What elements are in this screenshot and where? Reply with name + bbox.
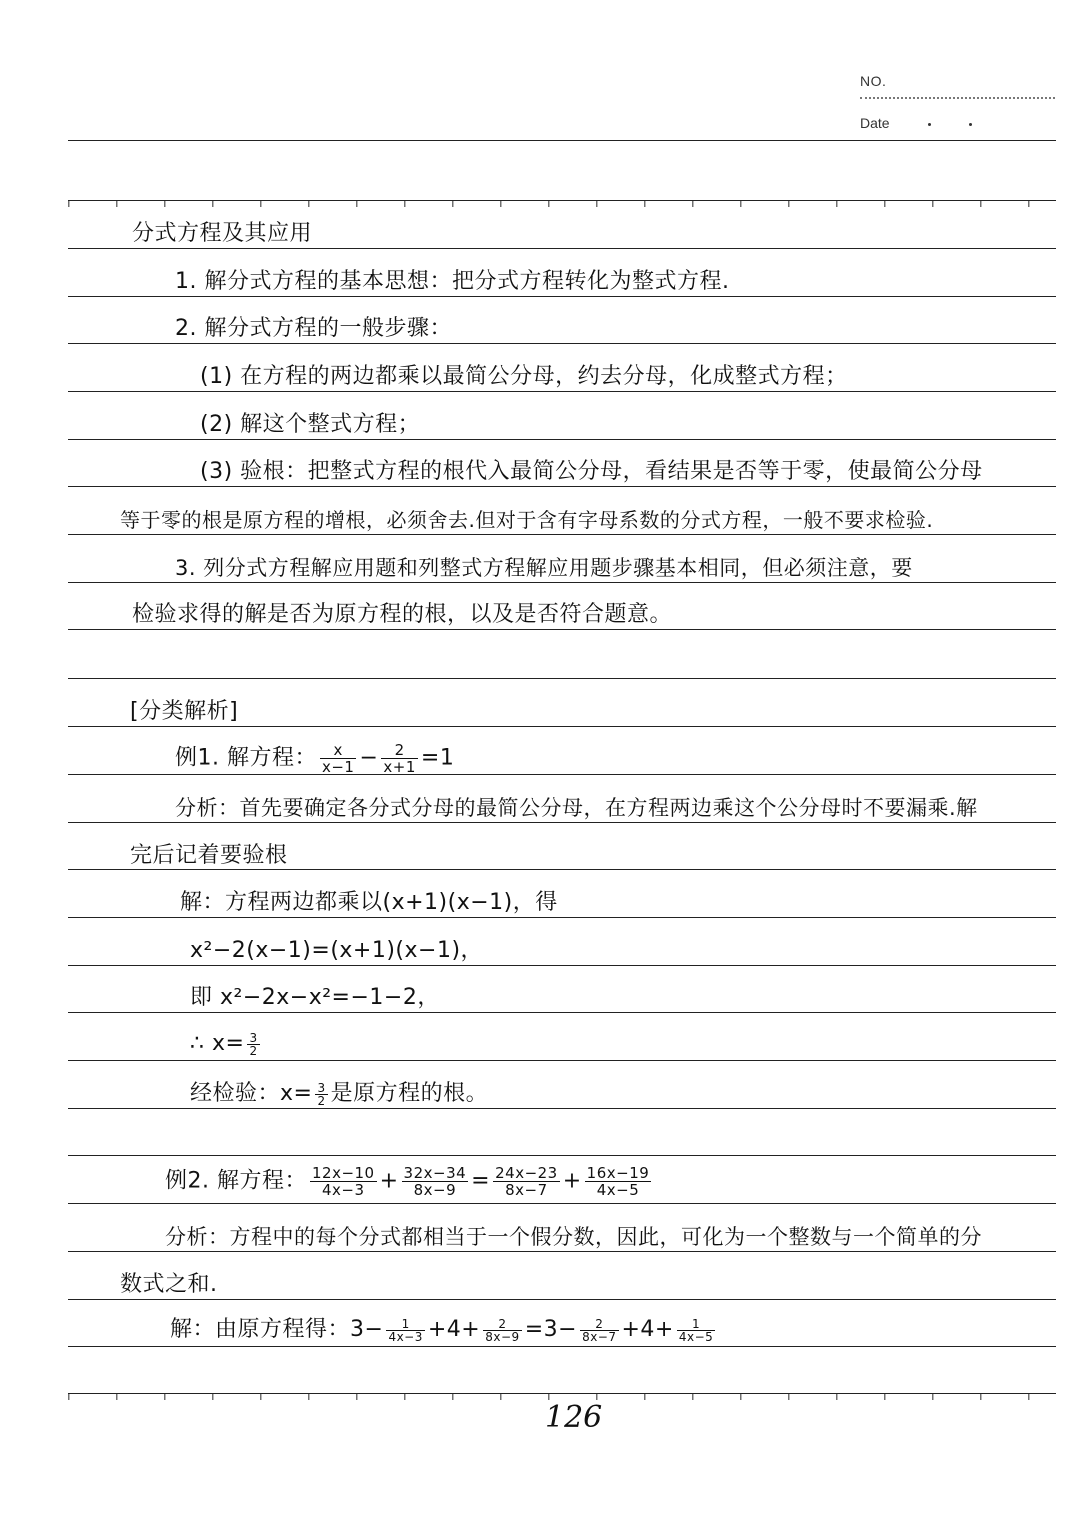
example-2-solution: 解：由原方程得：3−14x−3+4+28x−9=3−28x−7+4+14x−5 [170, 1316, 718, 1344]
ruled-line [68, 140, 1056, 141]
step-3: (3) 验根：把整式方程的根代入最简公分母，看结果是否等于零，使最简公分母 [200, 458, 983, 486]
date-dot-icon [928, 123, 931, 126]
example-1-problem: 例1. 解方程：xx−1−2x+1=1 [175, 742, 454, 775]
ruled-line [68, 1251, 1056, 1252]
ruled-line [68, 248, 1056, 249]
fraction: xx−1 [320, 742, 357, 775]
point-3-continued: 检验求得的解是否为原方程的根，以及是否符合题意。 [132, 601, 672, 629]
ruled-line [68, 1155, 1056, 1156]
ruled-line [68, 965, 1056, 966]
example-1-label: 例1. 解方程： [175, 746, 317, 771]
ruled-line [68, 343, 1056, 344]
date-label-text: Date [860, 115, 890, 131]
example-2-problem: 例2. 解方程：12x−104x−3+32x−348x−9=24x−238x−7… [165, 1165, 654, 1198]
ruled-line [68, 582, 1056, 583]
point-3: 3. 列分式方程解应用题和列整式方程解应用题步骤基本相同，但必须注意，要 [175, 554, 913, 582]
example-1-analysis-cont: 完后记着要验根 [130, 842, 288, 870]
ruled-line [68, 1108, 1056, 1109]
fraction: 14x−3 [386, 1318, 424, 1343]
fraction: 32x−348x−9 [402, 1165, 469, 1198]
example-2-label: 例2. 解方程： [165, 1169, 307, 1194]
example-1-step-1: x²−2(x−1)=(x+1)(x−1)， [190, 937, 483, 965]
example-2-analysis: 分析：方程中的每个分式都相当于一个假分数，因此，可化为一个整数与一个简单的分 [165, 1223, 982, 1251]
step-2: (2) 解这个整式方程； [200, 411, 420, 439]
page-title: 分式方程及其应用 [132, 220, 312, 248]
fraction: 14x−5 [677, 1318, 715, 1343]
header-no-label: NO. [860, 73, 886, 89]
ruled-line [68, 439, 1056, 440]
ruled-line [68, 629, 1056, 630]
example-1-check: 经检验：x=32是原方程的根。 [190, 1080, 488, 1108]
example-1-step-3: ∴ x=32 [190, 1030, 263, 1058]
ruled-line [68, 1203, 1056, 1204]
fraction: 12x−104x−3 [310, 1165, 377, 1198]
ruled-line [68, 1060, 1056, 1061]
ruled-line [68, 534, 1056, 535]
point-2: 2. 解分式方程的一般步骤： [175, 315, 452, 343]
page-number: 126 [545, 1400, 602, 1435]
fraction: 24x−238x−7 [493, 1165, 560, 1198]
ruled-line [68, 678, 1056, 679]
header-dotted-line [860, 97, 1055, 99]
ruled-line [68, 486, 1056, 487]
section-heading: [分类解析] [130, 698, 238, 726]
step-1: (1) 在方程的两边都乘以最简公分母，约去分母，化成整式方程； [200, 363, 848, 391]
example-1-analysis: 分析：首先要确定各分式分母的最简公分母，在方程两边乘这个公分母时不要漏乘.解 [175, 794, 978, 822]
example-1-step-2: 即 x²−2x−x²=−1−2， [190, 984, 440, 1012]
fraction: 32 [247, 1032, 259, 1057]
ruled-line [68, 1012, 1056, 1013]
header-date-label: Date [860, 115, 972, 131]
ruled-line [68, 1299, 1056, 1300]
example-1-solution: 解：方程两边都乘以(x+1)(x−1)，得 [180, 889, 558, 917]
example-2-analysis-cont: 数式之和. [120, 1271, 218, 1299]
date-dot-icon [969, 123, 972, 126]
point-1: 1. 解分式方程的基本思想：把分式方程转化为整式方程. [175, 268, 729, 296]
fraction: 32 [315, 1082, 327, 1107]
ruled-line [68, 296, 1056, 297]
fraction: 16x−194x−5 [585, 1165, 652, 1198]
ruled-line [68, 1393, 1056, 1394]
ruled-line [68, 391, 1056, 392]
ruled-line [68, 726, 1056, 727]
fraction: 28x−7 [580, 1318, 618, 1343]
ruled-line [68, 917, 1056, 918]
ruled-line [68, 1346, 1056, 1347]
step-3-continued: 等于零的根是原方程的增根，必须舍去.但对于含有字母系数的分式方程，一般不要求检验… [120, 506, 933, 534]
fraction: 28x−9 [483, 1318, 521, 1343]
ruled-line [68, 822, 1056, 823]
fraction: 2x+1 [381, 742, 418, 775]
ruled-line [68, 200, 1056, 201]
